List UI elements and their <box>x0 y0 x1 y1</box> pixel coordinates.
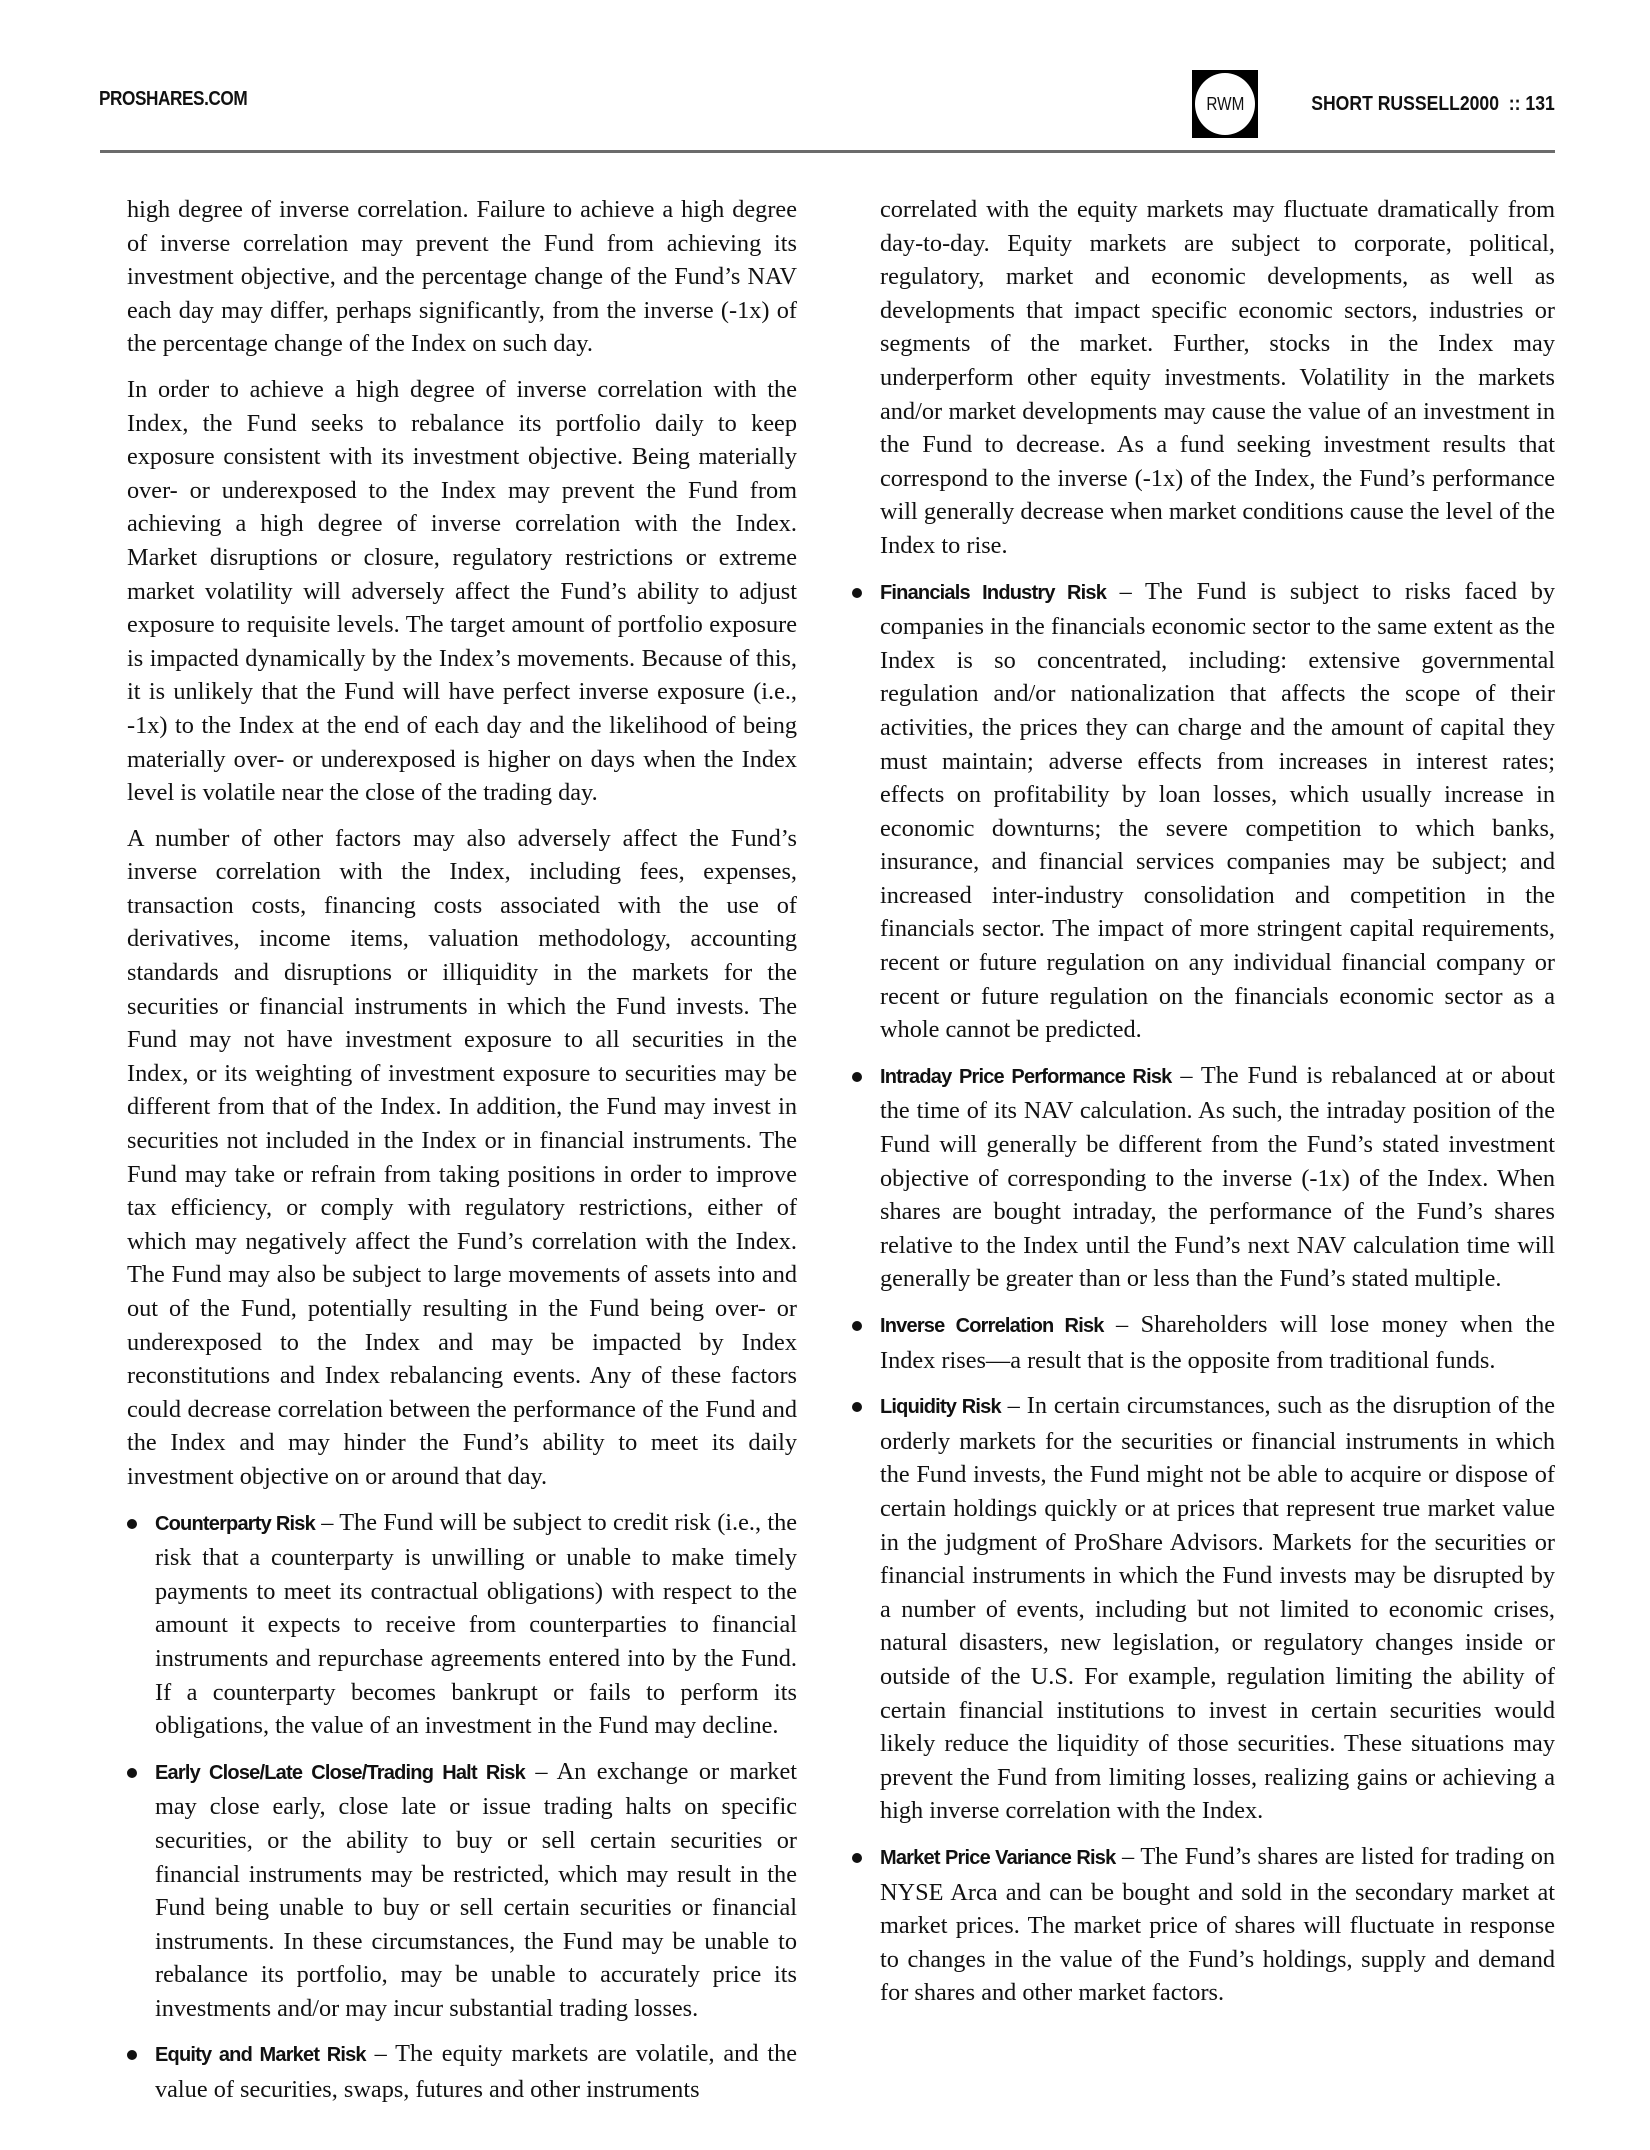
risk-bullet-inverse-correlation: Inverse Correlation Risk – Shareholders … <box>852 1308 1555 1377</box>
dash: – <box>525 1758 557 1785</box>
risk-title: Financials Industry Risk <box>880 582 1106 604</box>
bullet-icon <box>852 1402 862 1412</box>
paragraph: A number of other factors may also adver… <box>127 822 797 1494</box>
page-number: 131 <box>1526 93 1555 115</box>
left-column: high degree of inverse correlation. Fail… <box>127 193 797 2119</box>
dash: – <box>1106 578 1145 605</box>
bullet-icon <box>852 1321 862 1331</box>
paragraph: In order to achieve a high degree of inv… <box>127 373 797 810</box>
dash: – <box>366 2040 395 2067</box>
risk-text: The Fund will be subject to credit risk … <box>155 1509 797 1740</box>
risk-title: Liquidity Risk <box>880 1396 1001 1418</box>
risk-bullet-counterparty: Counterparty Risk – The Fund will be sub… <box>127 1506 797 1743</box>
risk-title: Market Price Variance Risk <box>880 1847 1115 1869</box>
risk-bullet-intraday: Intraday Price Performance Risk – The Fu… <box>852 1059 1555 1296</box>
bullet-icon <box>127 2050 137 2060</box>
paragraph: high degree of inverse correlation. Fail… <box>127 193 797 361</box>
risk-bullet-liquidity: Liquidity Risk – In certain circumstance… <box>852 1389 1555 1828</box>
bullet-icon <box>852 588 862 598</box>
bullet-icon <box>127 1768 137 1778</box>
bullet-icon <box>852 1853 862 1863</box>
risk-text: The Fund is rebalanced at or about the t… <box>880 1062 1555 1293</box>
risk-title: Intraday Price Performance Risk <box>880 1066 1171 1088</box>
ticker-badge-label: RWM <box>1206 94 1244 115</box>
dash: – <box>1104 1311 1141 1338</box>
page-title: SHORT RUSSELL2000 :: 131 <box>1311 93 1555 116</box>
risk-bullet-equity-market: Equity and Market Risk – The equity mark… <box>127 2037 797 2106</box>
risk-bullet-financials: Financials Industry Risk – The Fund is s… <box>852 575 1555 1047</box>
bullet-icon <box>852 1072 862 1082</box>
continued-paragraph: correlated with the equity markets may f… <box>852 193 1555 563</box>
risk-title: Early Close/Late Close/Trading Halt Risk <box>155 1762 525 1784</box>
risk-text: In certain circumstances, such as the di… <box>880 1392 1555 1824</box>
risk-title: Counterparty Risk <box>155 1513 315 1535</box>
dash: – <box>1171 1062 1200 1089</box>
fund-title: SHORT RUSSELL2000 <box>1311 93 1499 115</box>
page-header-right: RWM SHORT RUSSELL2000 :: 131 <box>1192 70 1555 138</box>
ticker-badge-circle: RWM <box>1195 73 1255 135</box>
risk-title: Equity and Market Risk <box>155 2044 366 2066</box>
risk-text: The Fund is subject to risks faced by co… <box>880 578 1555 1044</box>
dash: – <box>1001 1392 1027 1419</box>
risk-bullet-market-price-variance: Market Price Variance Risk – The Fund’s … <box>852 1840 1555 2010</box>
dash: – <box>1115 1843 1140 1870</box>
ticker-badge: RWM <box>1192 70 1258 138</box>
dash: – <box>315 1509 339 1536</box>
risk-bullet-early-close: Early Close/Late Close/Trading Halt Risk… <box>127 1755 797 2026</box>
right-column: correlated with the equity markets may f… <box>852 193 1555 2022</box>
title-separator: :: <box>1509 93 1521 115</box>
site-name: PROSHARES.COM <box>99 88 247 111</box>
header-divider <box>100 150 1555 153</box>
risk-title: Inverse Correlation Risk <box>880 1315 1104 1337</box>
bullet-icon <box>127 1519 137 1529</box>
risk-text: An exchange or market may close early, c… <box>155 1758 797 2022</box>
